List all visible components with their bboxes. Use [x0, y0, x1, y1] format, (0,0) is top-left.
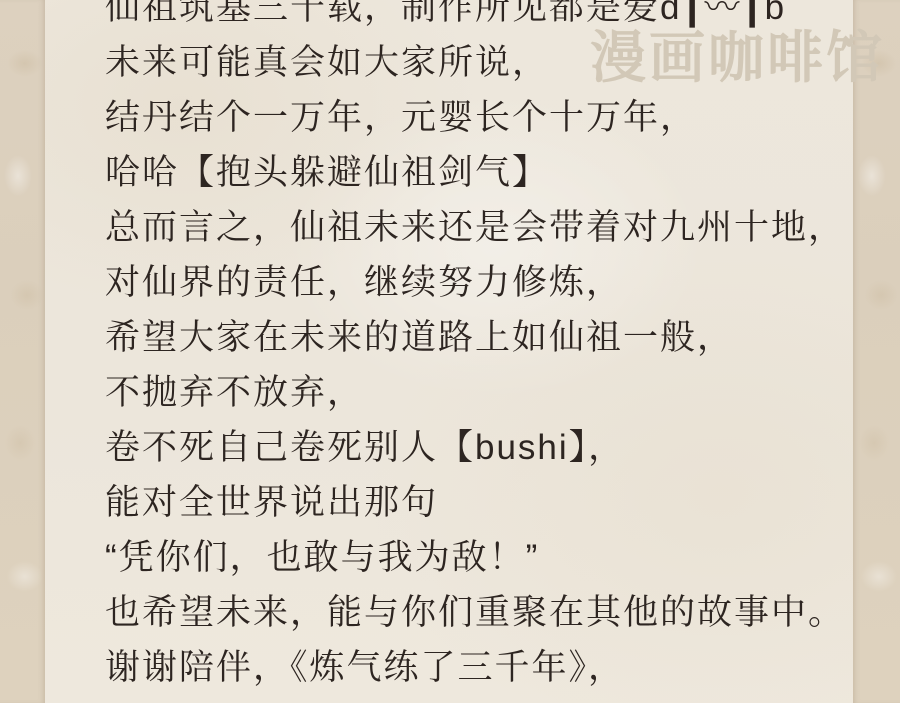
text-line: 能对全世界说出那句 [105, 475, 865, 530]
left-parchment-border [0, 0, 45, 703]
text-line-clipped-top: 仙祖筑基三千载，制作所见都是爱d┃〰┃b [105, 0, 865, 35]
text-line: 卷不死自己卷死别人【bushi】， [105, 420, 865, 475]
text-line: 不抛弃不放弃， [105, 365, 865, 420]
manga-afterword-page: 漫画咖啡馆 仙祖筑基三千载，制作所见都是爱d┃〰┃b 未来可能真会如大家所说， … [0, 0, 900, 703]
text-line: 未来可能真会如大家所说， [105, 35, 865, 90]
text-line-series-title: 谢谢陪伴，《炼气练了三千年》， [105, 640, 865, 695]
text-line: 结丹结个一万年，元婴长个十万年， [105, 90, 865, 145]
text-line: 哈哈【抱头躲避仙祖剑气】 [105, 145, 865, 200]
afterword-text-block: 仙祖筑基三千载，制作所见都是爱d┃〰┃b 未来可能真会如大家所说， 结丹结个一万… [105, 0, 865, 695]
text-line: 也希望未来，能与你们重聚在其他的故事中。 [105, 585, 865, 640]
text-line: 希望大家在未来的道路上如仙祖一般， [105, 310, 865, 365]
text-line: 对仙界的责任，继续努力修炼， [105, 255, 865, 310]
text-line-quote: “凭你们，也敢与我为敌！” [105, 530, 865, 585]
text-line: 总而言之，仙祖未来还是会带着对九州十地， [105, 200, 865, 255]
